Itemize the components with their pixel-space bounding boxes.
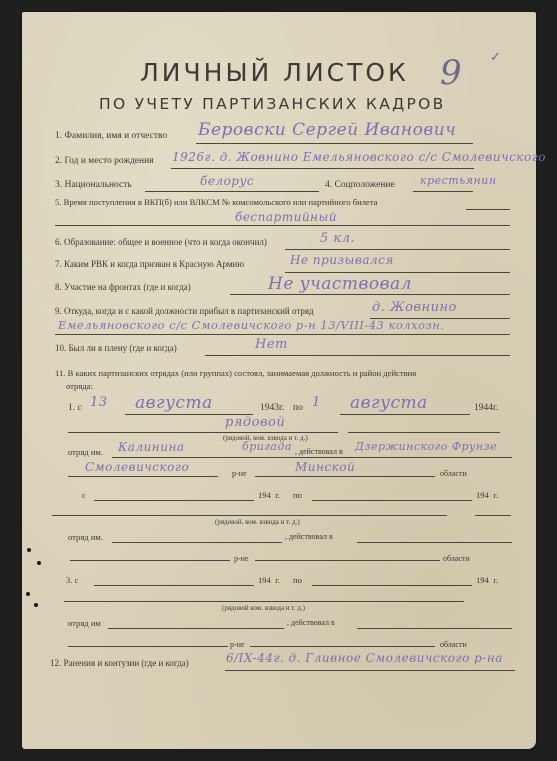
entry-2-region-line — [255, 560, 440, 561]
field-4-value[interactable]: крестьянин — [420, 174, 497, 187]
field-2-value[interactable]: 1926г. д. Жовнино Емельяновского с/с Смо… — [172, 150, 546, 164]
entry-1-district-line — [68, 476, 218, 477]
entry-1-to-day[interactable]: 1 — [312, 395, 321, 410]
field-8-label: 8. Участие на фронтах (где и когда) — [55, 282, 191, 292]
entry-2-acted-line — [357, 542, 512, 543]
field-4-label: 4. Соцположение — [325, 180, 395, 190]
field-11-label: 11. В каких партизанских отрядах (или гр… — [55, 368, 416, 378]
field-2-line — [171, 168, 474, 169]
field-5-line-b — [55, 225, 510, 226]
entry-1-region-line — [255, 476, 435, 477]
entry-1-acted[interactable]: Дзержинского Фрунзе — [355, 440, 497, 453]
entry-3-acted-line — [357, 628, 512, 629]
field-8-line — [230, 294, 510, 295]
entry-1-to-month[interactable]: августа — [350, 393, 428, 413]
field-6-line — [285, 249, 510, 250]
entry-1-from-year: 1943г. — [260, 403, 284, 413]
field-8-value[interactable]: Не участвовал — [268, 274, 412, 294]
entry-1-from-day[interactable]: 13 — [90, 395, 108, 410]
field-12-line — [225, 670, 515, 671]
entry-3-to-line — [312, 585, 472, 586]
entry-1-to-year: 1944г. — [474, 403, 498, 413]
entry-1-region-label: области — [440, 469, 467, 478]
entry-1-unit[interactable]: Калинина — [118, 440, 185, 454]
field-9-label: 9. Откуда, когда и с какой должности при… — [55, 306, 314, 316]
field-12-label: 12. Ранения и контузии (где и когда) — [50, 658, 189, 668]
check-mark-icon: ✓ — [490, 50, 501, 65]
entry-3-region-line — [250, 646, 435, 647]
entry-3-unit-label: отряд им — [68, 618, 101, 628]
entry-3-district-line — [68, 646, 228, 647]
entry-3-acted-label: , действовал в — [287, 618, 335, 627]
entry-3-region-label: области — [440, 640, 467, 649]
entry-2-acted-label: , действовал в — [285, 532, 333, 541]
entry-1-from-month[interactable]: августа — [135, 393, 213, 413]
field-4-line — [413, 191, 473, 192]
entry-2-position-line — [52, 515, 447, 516]
entry-3-from-year: 194 г. — [258, 575, 280, 585]
entry-2-to-year: 194 г. — [476, 490, 498, 500]
binder-hole — [27, 548, 31, 552]
entry-2-num: с — [82, 490, 86, 500]
binder-hole — [26, 592, 30, 596]
field-7-value[interactable]: Не призывался — [290, 253, 394, 267]
entry-1-unit-line — [112, 457, 512, 458]
field-3-value[interactable]: белорус — [200, 174, 254, 188]
entry-2-position-hint: (рядовой, ком. взвода и т. д.) — [215, 518, 300, 526]
entry-3-district-label: р-не — [230, 640, 245, 649]
entry-1-district[interactable]: Смолевичского — [85, 460, 189, 474]
field-2-label: 2. Год и место рождения — [55, 156, 154, 166]
entry-1-acted-label: , действовал в — [295, 447, 343, 456]
entry-1-to-label: по — [293, 403, 303, 413]
binder-hole — [37, 561, 41, 565]
field-5-line-a — [466, 209, 510, 210]
field-12-value[interactable]: 6/IX-44г. д. Гливное Смолевичского р-на — [226, 651, 503, 665]
binder-hole — [34, 603, 38, 607]
field-1-label: 1. Фамилия, имя и отчество — [55, 131, 167, 141]
document-subtitle: ПО УЧЕТУ ПАРТИЗАНСКИХ КАДРОВ — [99, 95, 446, 113]
field-9-value[interactable]: д. Жовнино — [372, 300, 457, 315]
field-9-line-b — [55, 334, 510, 335]
entry-1-unit-extra[interactable]: бригада — [242, 440, 292, 453]
entry-1-position-line — [68, 432, 338, 433]
entry-2-from-year: 194 г. — [258, 490, 280, 500]
entry-1-unit-label: отряд им. — [68, 447, 103, 457]
entry-2-unit-label: отряд им. — [68, 532, 103, 542]
field-10-label: 10. Был ли в плену (где и когда) — [55, 343, 177, 353]
field-10-value[interactable]: Нет — [255, 337, 288, 352]
entry-2-position-line-b — [475, 515, 511, 516]
document-number: 9 — [440, 53, 462, 93]
field-6-value[interactable]: 5 кл. — [320, 231, 355, 246]
field-3-label: 3. Национальность — [55, 180, 132, 190]
entry-1-num: 1. с — [68, 403, 82, 413]
entry-3-unit-line — [108, 628, 284, 629]
field-10-line — [205, 355, 510, 356]
entry-3-num: 3. с — [66, 575, 78, 585]
entry-1-region[interactable]: Минской — [295, 460, 355, 474]
entry-3-to-year: 194 г. — [476, 575, 498, 585]
entry-3-from-line — [94, 585, 254, 586]
field-3-line — [145, 191, 319, 192]
entry-2-to-line — [312, 500, 472, 501]
entry-2-unit-line — [112, 542, 282, 543]
entry-2-district-line — [70, 560, 230, 561]
field-7-label: 7. Каким РВК и когда призван в Красную А… — [55, 259, 244, 269]
entry-1-position[interactable]: рядовой — [225, 415, 285, 430]
field-5-label: 5. Время поступления в ВКП(б) или ВЛКСМ … — [55, 197, 378, 207]
entry-2-region-label: области — [443, 554, 470, 563]
field-7-line — [285, 272, 510, 273]
field-5-value[interactable]: беспартийный — [235, 210, 337, 224]
entry-2-from-line — [94, 500, 254, 501]
document-title: ЛИЧНЫЙ ЛИСТОК — [140, 58, 409, 87]
field-11-label-line2: отряда: — [66, 381, 93, 391]
entry-3-to-label: по — [293, 575, 302, 585]
entry-1-to-line — [340, 414, 470, 415]
entry-2-to-label: по — [293, 490, 302, 500]
field-6-label: 6. Образование: общее и военное (что и к… — [55, 237, 267, 247]
entry-1-district-label: р-не — [232, 469, 247, 478]
field-9-value-line2[interactable]: Емельяновского с/с Смолевичского р-н 13/… — [58, 318, 445, 332]
entry-2-district-label: р-не — [234, 554, 249, 563]
entry-1-position-line-b — [348, 432, 500, 433]
entry-3-position-line — [64, 601, 464, 602]
field-1-line — [196, 143, 473, 144]
field-1-value[interactable]: Беровски Сергей Иванович — [198, 120, 456, 140]
entry-3-position-hint: (рядовой ком. взвода и т. д.) — [222, 604, 305, 612]
